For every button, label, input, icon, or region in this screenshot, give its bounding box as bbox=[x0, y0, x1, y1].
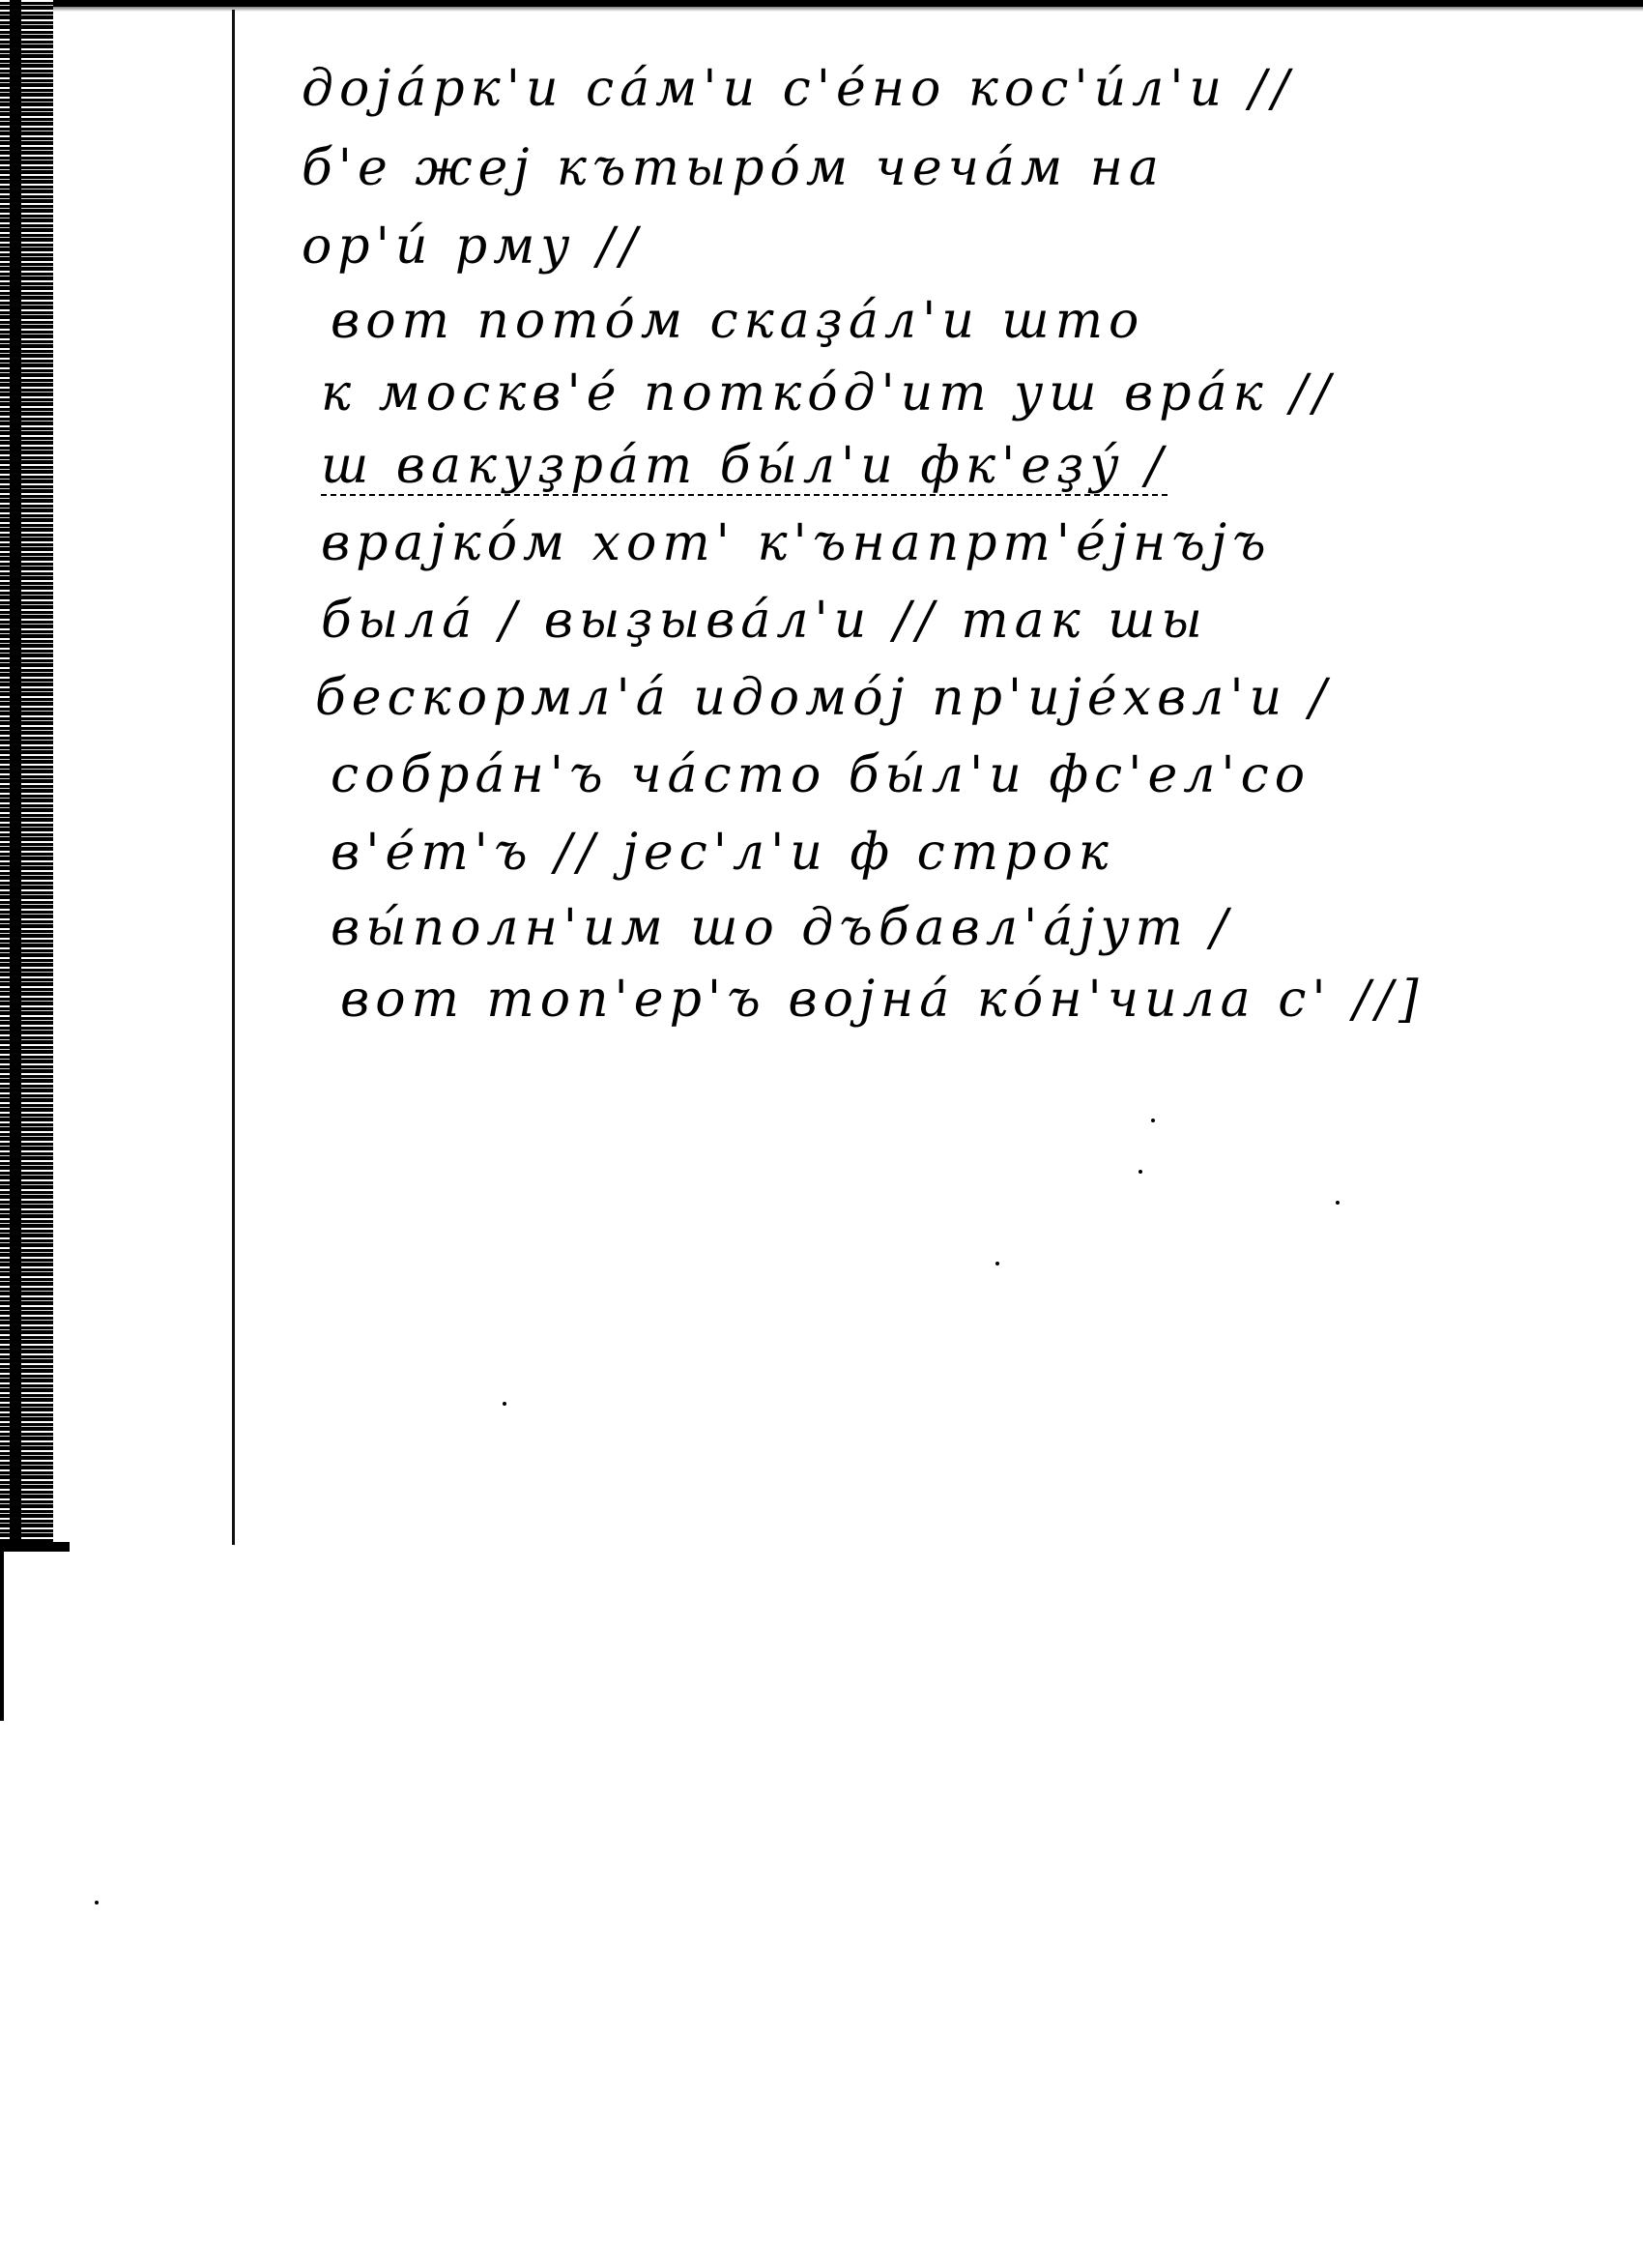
transcription-line-4: вот потóм скаҙáл'и што bbox=[331, 296, 1144, 346]
binding-bottom-edge bbox=[0, 1542, 70, 1552]
transcription-line-6: ш вакуҙрáт бы́л'и фк'еҙý / bbox=[321, 441, 1168, 491]
transcription-line-12: вы́полн'им шо дъбавл'áјут / bbox=[331, 903, 1233, 953]
page-margin-line bbox=[232, 10, 235, 1545]
scan-speck bbox=[1151, 1119, 1155, 1122]
transcription-line-8: была́ / выҙывáл'и // так шы bbox=[321, 596, 1208, 646]
transcription-line-7: врајкóм хот' к'ънапрт'éјнъјъ bbox=[321, 518, 1272, 568]
scan-left-edge-line bbox=[0, 1552, 4, 1721]
binding-core-shadow bbox=[10, 0, 21, 1552]
transcription-line-9: бескормл'á идомóј пр'ијéхвл'и / bbox=[315, 673, 1332, 723]
transcription-line-3: ор'ú рму // bbox=[302, 221, 643, 272]
transcription-line-1: дојáрк'и сáм'и с'éно кос'úл'и // bbox=[302, 64, 1295, 114]
transcription-line-13: вот топ'ер'ъ војнá кóн'чила с' //] bbox=[340, 974, 1425, 1025]
notebook-binding-strip bbox=[0, 0, 53, 1552]
scan-speck bbox=[995, 1262, 999, 1265]
scan-speck bbox=[1336, 1201, 1340, 1205]
transcription-line-5: к москв'é поткóд'ит уш врáк // bbox=[321, 368, 1336, 419]
scan-speck bbox=[503, 1402, 506, 1406]
scan-top-shadow bbox=[53, 7, 1643, 12]
transcription-line-10: собрáн'ъ чáсто бы́л'и фс'ел'со bbox=[331, 750, 1311, 800]
scan-speck bbox=[95, 1901, 99, 1905]
scan-speck bbox=[1139, 1170, 1142, 1174]
scan-top-edge bbox=[0, 0, 1643, 7]
transcription-line-2: б'е жеј кътырóм чечáм на bbox=[302, 143, 1165, 193]
transcription-line-11: в'éт'ъ // јес'л'и ф строк bbox=[331, 828, 1114, 878]
